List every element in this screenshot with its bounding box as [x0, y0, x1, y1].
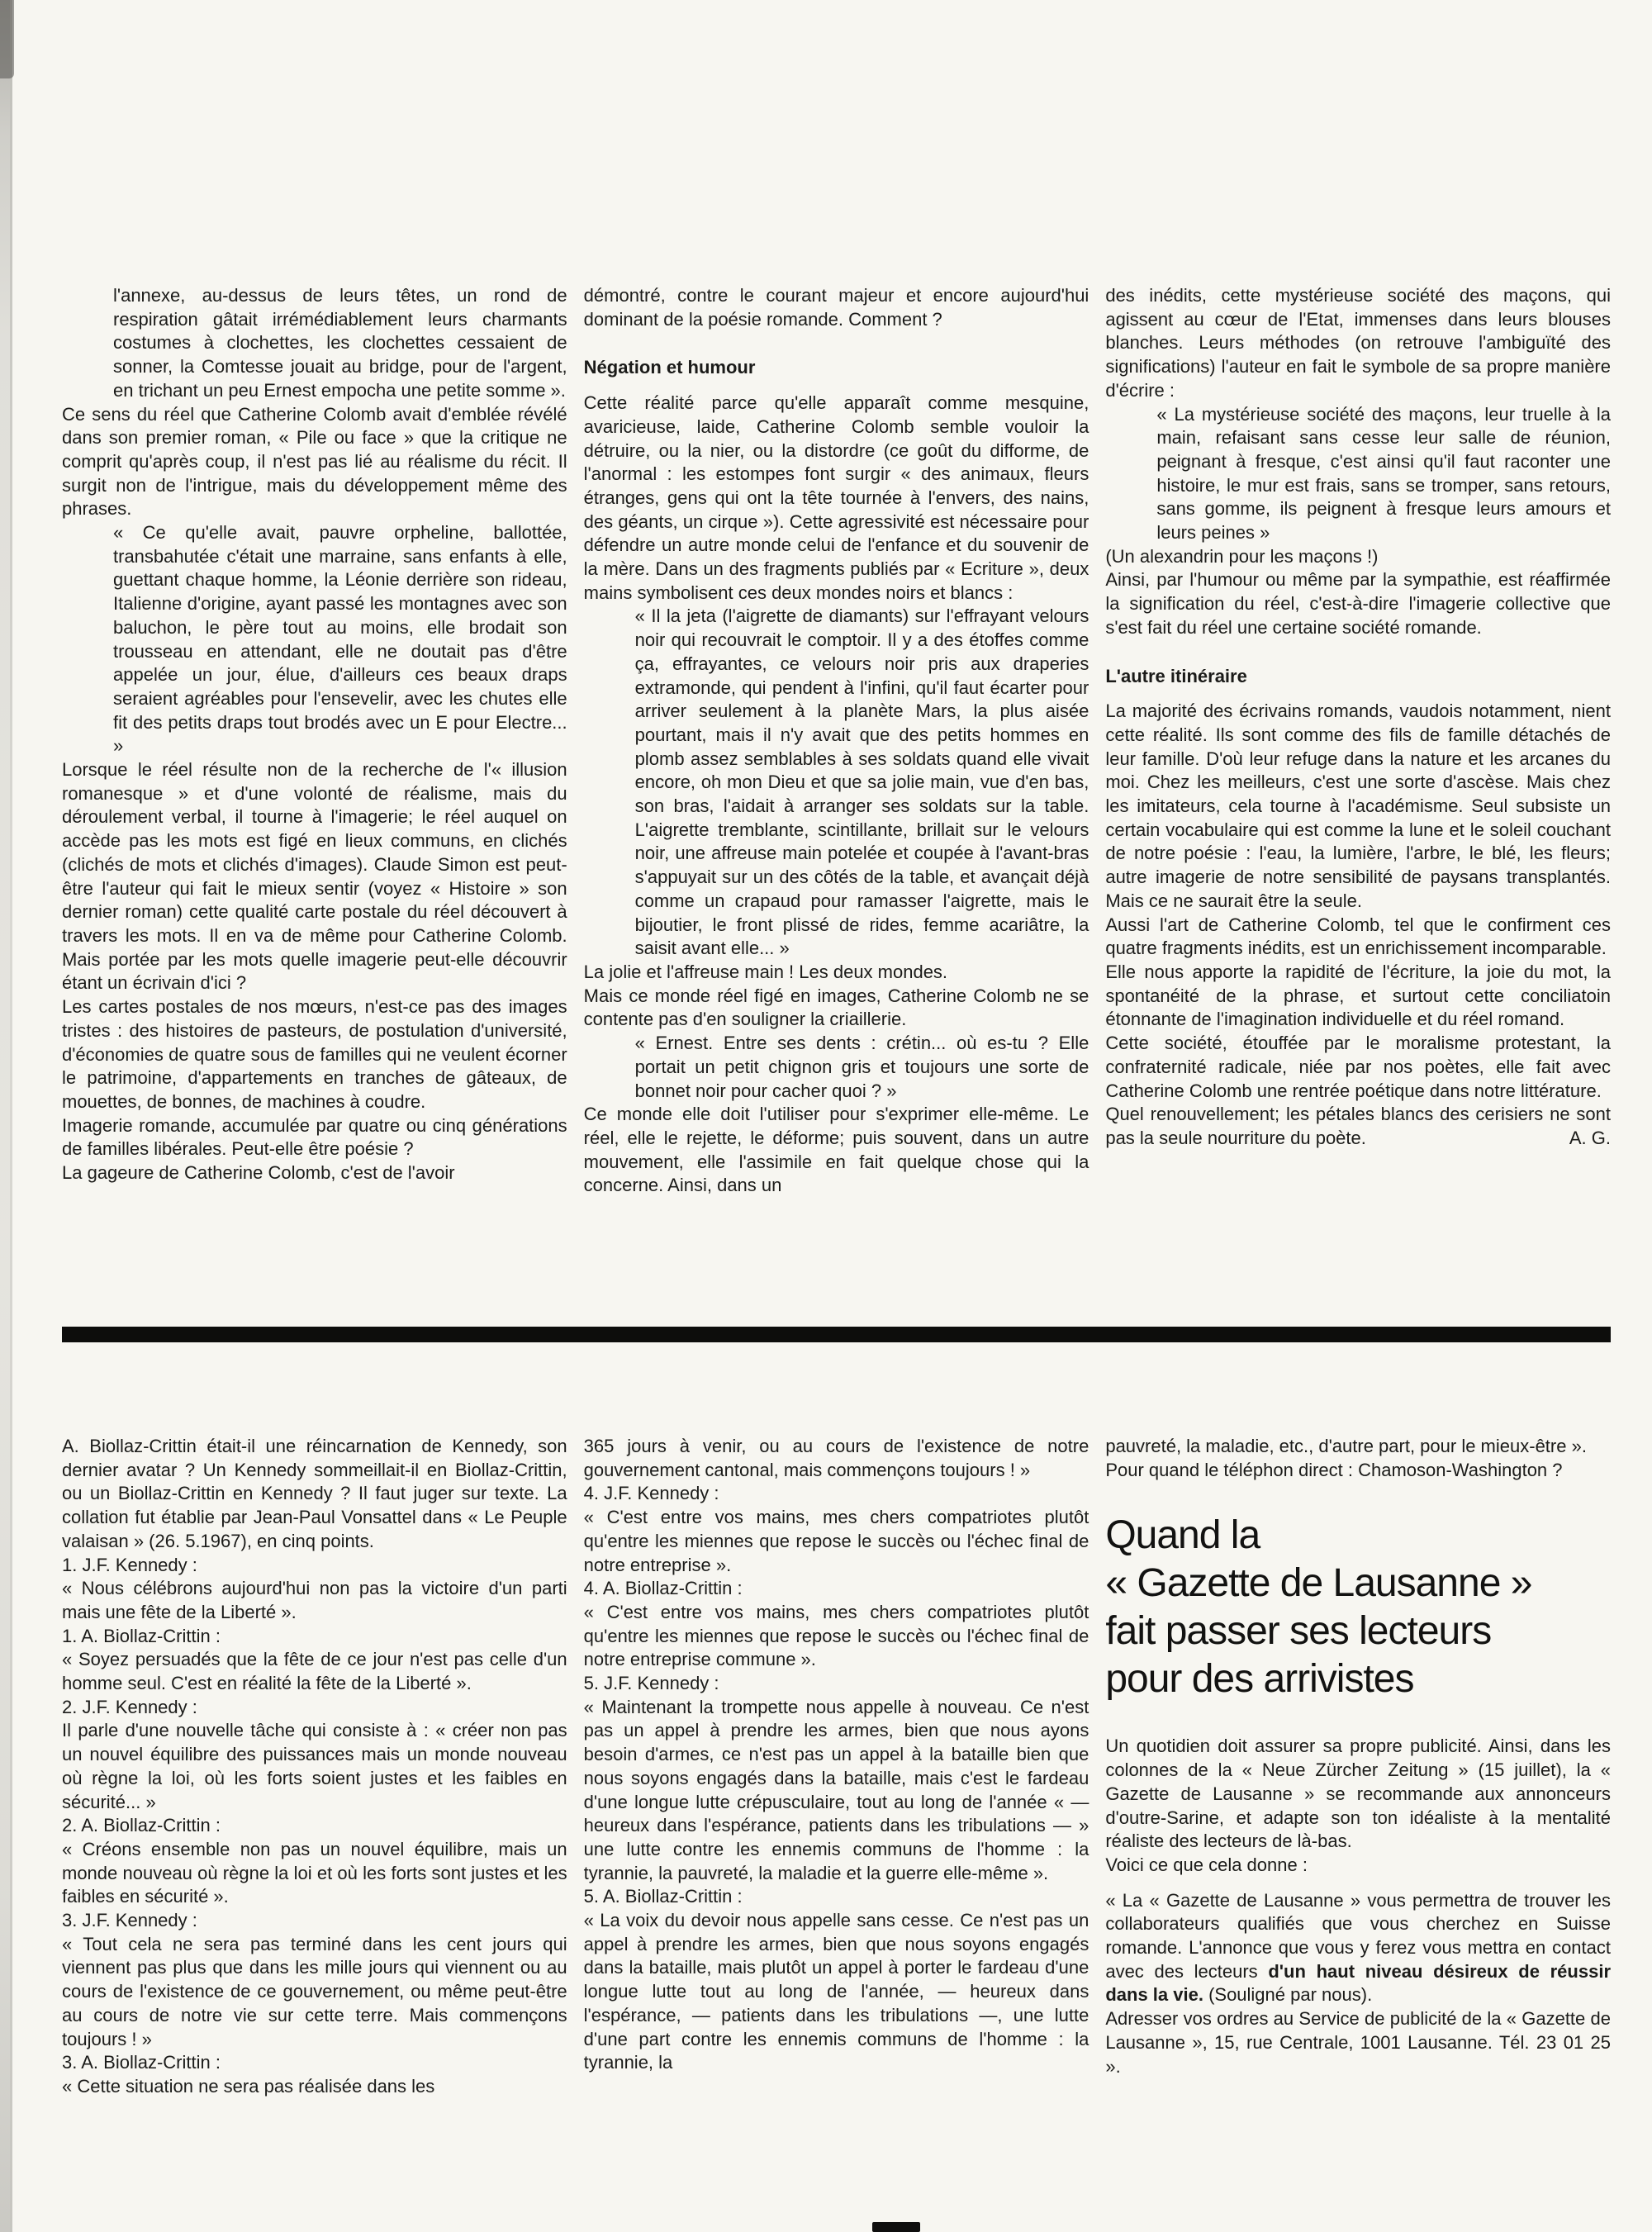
newspaper-page: l'annexe, au-dessus de leurs têtes, un r… — [0, 0, 1652, 2232]
paragraph: 2. J.F. Kennedy : — [62, 1696, 567, 1720]
paragraph: « La voix du devoir nous appelle sans ce… — [584, 1909, 1089, 2075]
section-heading: Négation et humour — [584, 356, 1089, 380]
paragraph: « Maintenant la trompette nous appelle à… — [584, 1696, 1089, 1886]
paragraph: La jolie et l'affreuse main ! Les deux m… — [584, 961, 1089, 985]
paragraph: La gageure de Catherine Colomb, c'est de… — [62, 1161, 567, 1185]
paragraph: 3. J.F. Kennedy : — [62, 1909, 567, 1933]
quote-paragraph: « Ernest. Entre ses dents : crétin... où… — [635, 1032, 1089, 1103]
section-divider — [62, 1327, 1611, 1342]
scan-bottom-mark-artifact — [872, 2222, 920, 2232]
paragraph: Cette réalité parce qu'elle apparaît com… — [584, 392, 1089, 605]
headline-line: Quand la — [1105, 1512, 1611, 1560]
article-column: des inédits, cette mystérieuse société d… — [1105, 284, 1611, 1327]
paragraph: « Nous célébrons aujourd'hui non pas la … — [62, 1577, 567, 1624]
paragraph: (Un alexandrin pour les maçons !) — [1105, 545, 1611, 569]
quote-paragraph: « Ce qu'elle avait, pauvre orpheline, ba… — [113, 521, 567, 758]
paragraph: « Créons ensemble non pas un nouvel équi… — [62, 1838, 567, 1909]
paragraph: Pour quand le téléphon direct : Chamoson… — [1105, 1459, 1611, 1483]
article-catherine-colomb: l'annexe, au-dessus de leurs têtes, un r… — [62, 284, 1611, 1327]
scan-corner-artifact — [0, 0, 14, 78]
paragraph: Il parle d'une nouvelle tâche qui consis… — [62, 1719, 567, 1814]
article-column: l'annexe, au-dessus de leurs têtes, un r… — [62, 284, 567, 1327]
paragraph: pauvreté, la maladie, etc., d'autre part… — [1105, 1435, 1611, 1459]
paragraph: Voici ce que cela donne : — [1105, 1854, 1611, 1878]
paragraph: Quel renouvellement; les pétales blancs … — [1105, 1103, 1611, 1150]
paragraph: Ainsi, par l'humour ou même par la sympa… — [1105, 568, 1611, 639]
paragraph: A. Biollaz-Crittin était-il une réincarn… — [62, 1435, 567, 1554]
headline-line: « Gazette de Lausanne » — [1105, 1560, 1611, 1608]
paragraph: Lorsque le réel résulte non de la recher… — [62, 758, 567, 995]
paragraph: 5. J.F. Kennedy : — [584, 1672, 1089, 1696]
paragraph: 4. A. Biollaz-Crittin : — [584, 1577, 1089, 1601]
paragraph: Aussi l'art de Catherine Colomb, tel que… — [1105, 914, 1611, 961]
article-kennedy-biollaz: A. Biollaz-Crittin était-il une réincarn… — [62, 1435, 1611, 2228]
paragraph: Un quotidien doit assurer sa propre publ… — [1105, 1735, 1611, 1854]
paragraph: Mais ce monde réel figé en images, Cathe… — [584, 985, 1089, 1032]
author-initials: A. G. — [1569, 1127, 1611, 1151]
paragraph: Ce monde elle doit l'utiliser pour s'exp… — [584, 1103, 1089, 1198]
paragraph: « Cette situation ne sera pas réalisée d… — [62, 2075, 567, 2099]
article-column: démontré, contre le courant majeur et en… — [584, 284, 1089, 1327]
paragraph: Imagerie romande, accumulée par quatre o… — [62, 1114, 567, 1161]
paragraph: 365 jours à venir, ou au cours de l'exis… — [584, 1435, 1089, 1482]
paragraph: des inédits, cette mystérieuse société d… — [1105, 284, 1611, 403]
paragraph: Cette société, étouffée par le moralisme… — [1105, 1032, 1611, 1103]
quote-paragraph: « Il la jeta (l'aigrette de diamants) su… — [635, 605, 1089, 961]
paragraph: 5. A. Biollaz-Crittin : — [584, 1885, 1089, 1909]
paragraph: « C'est entre vos mains, mes chers compa… — [584, 1601, 1089, 1672]
paragraph: Les cartes postales de nos mœurs, n'est-… — [62, 995, 567, 1114]
paragraph: « C'est entre vos mains, mes chers compa… — [584, 1506, 1089, 1577]
article-column: A. Biollaz-Crittin était-il une réincarn… — [62, 1435, 567, 2228]
headline-line: pour des arrivistes — [1105, 1655, 1611, 1703]
article-headline: Quand la« Gazette de Lausanne »fait pass… — [1105, 1512, 1611, 1703]
paragraph: 2. A. Biollaz-Crittin : — [62, 1814, 567, 1838]
paragraph: « La « Gazette de Lausanne » vous permet… — [1105, 1889, 1611, 2008]
article-column: 365 jours à venir, ou au cours de l'exis… — [584, 1435, 1089, 2228]
paragraph: 4. J.F. Kennedy : — [584, 1482, 1089, 1506]
paragraph: « Soyez persuadés que la fête de ce jour… — [62, 1648, 567, 1695]
paragraph: 1. A. Biollaz-Crittin : — [62, 1625, 567, 1649]
quote-paragraph: l'annexe, au-dessus de leurs têtes, un r… — [113, 284, 567, 403]
section-heading: L'autre itinéraire — [1105, 665, 1611, 689]
scan-edge-artifact — [0, 0, 10, 2232]
scan-edge-line-artifact — [10, 0, 12, 2232]
headline-line: fait passer ses lecteurs — [1105, 1608, 1611, 1655]
paragraph: La majorité des écrivains romands, vaudo… — [1105, 700, 1611, 913]
paragraph: 3. A. Biollaz-Crittin : — [62, 2051, 567, 2075]
paragraph: 1. J.F. Kennedy : — [62, 1554, 567, 1578]
paragraph: Elle nous apporte la rapidité de l'écrit… — [1105, 961, 1611, 1032]
article-column: pauvreté, la maladie, etc., d'autre part… — [1105, 1435, 1611, 2228]
quote-paragraph: « La mystérieuse société des maçons, leu… — [1156, 403, 1611, 545]
paragraph: « Tout cela ne sera pas terminé dans les… — [62, 1933, 567, 2052]
paragraph: Ce sens du réel que Catherine Colomb ava… — [62, 403, 567, 522]
paragraph: Adresser vos ordres au Service de public… — [1105, 2007, 1611, 2078]
paragraph: démontré, contre le courant majeur et en… — [584, 284, 1089, 331]
